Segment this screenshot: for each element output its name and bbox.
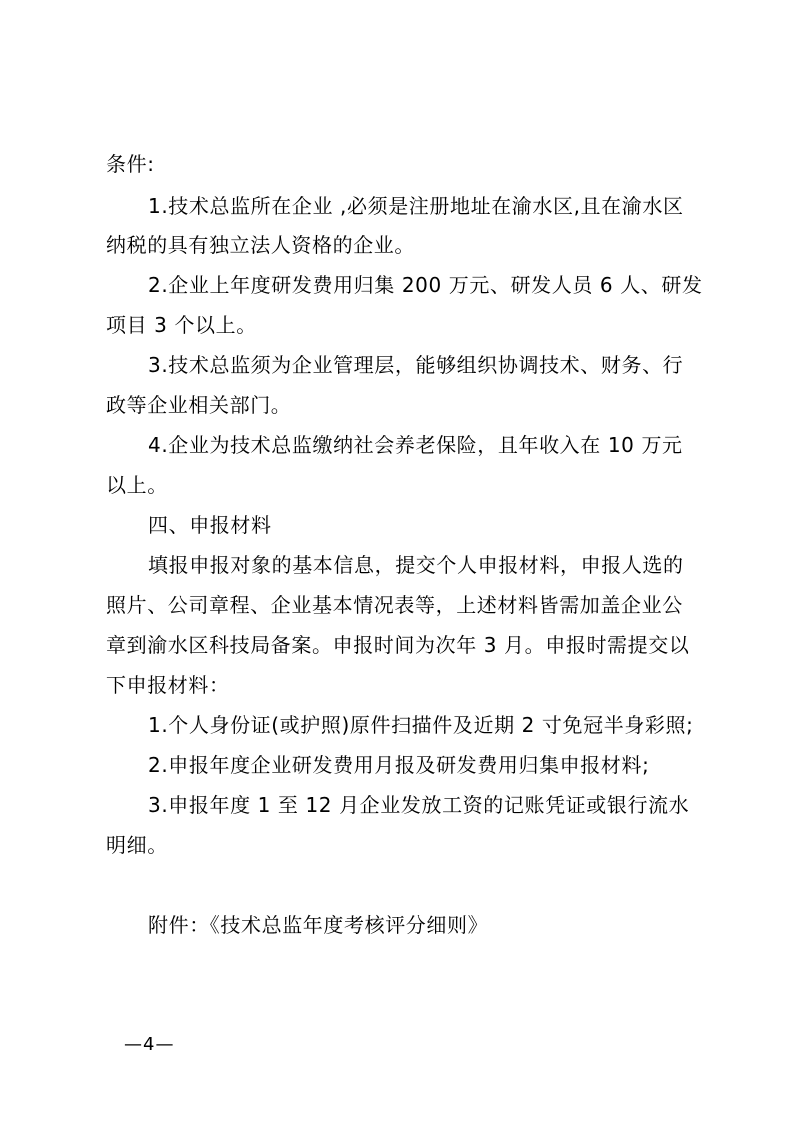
text-line: 3.技术总监须为企业管理层，能够组织协调技术、财务、行	[148, 353, 683, 377]
text-line: 明细。	[106, 833, 168, 857]
text-line: 2.企业上年度研发费用归集 200 万元、研发人员 6 人、研发	[148, 273, 703, 297]
page-number: —4—	[124, 1034, 174, 1056]
attachment-line: 附件：《技术总监年度考核评分细则》	[148, 913, 488, 937]
text-line: 4.企业为技术总监缴纳社会养老保险，且年收入在 10 万元	[148, 433, 683, 457]
text-line: 1.技术总监所在企业 ,必须是注册地址在渝水区,且在渝水区	[148, 194, 684, 218]
text-line: 1.个人身份证(或护照)原件扫描件及近期 2 寸免冠半身彩照;	[148, 713, 693, 737]
text-line: 填报申报对象的基本信息，提交个人申报材料，申报人选的	[148, 553, 684, 577]
text-line: 照片、公司章程、企业基本情况表等，上述材料皆需加盖企业公	[106, 593, 683, 617]
text-line: 政等企业相关部门。	[106, 393, 291, 417]
text-line: 下申报材料：	[106, 673, 230, 697]
text-line: 条件:	[106, 152, 155, 176]
text-line: 项目 3 个以上。	[106, 313, 257, 337]
text-line: 以上。	[106, 473, 168, 497]
text-line: 章到渝水区科技局备案。申报时间为次年 3 月。申报时需提交以	[106, 633, 689, 657]
text-line: 2.申报年度企业研发费用月报及研发费用归集申报材料;	[148, 753, 649, 777]
text-line: 纳税的具有独立法人资格的企业。	[106, 233, 415, 257]
section-heading: 四、申报材料	[148, 513, 272, 537]
text-line: 3.申报年度 1 至 12 月企业发放工资的记账凭证或银行流水	[148, 793, 689, 817]
